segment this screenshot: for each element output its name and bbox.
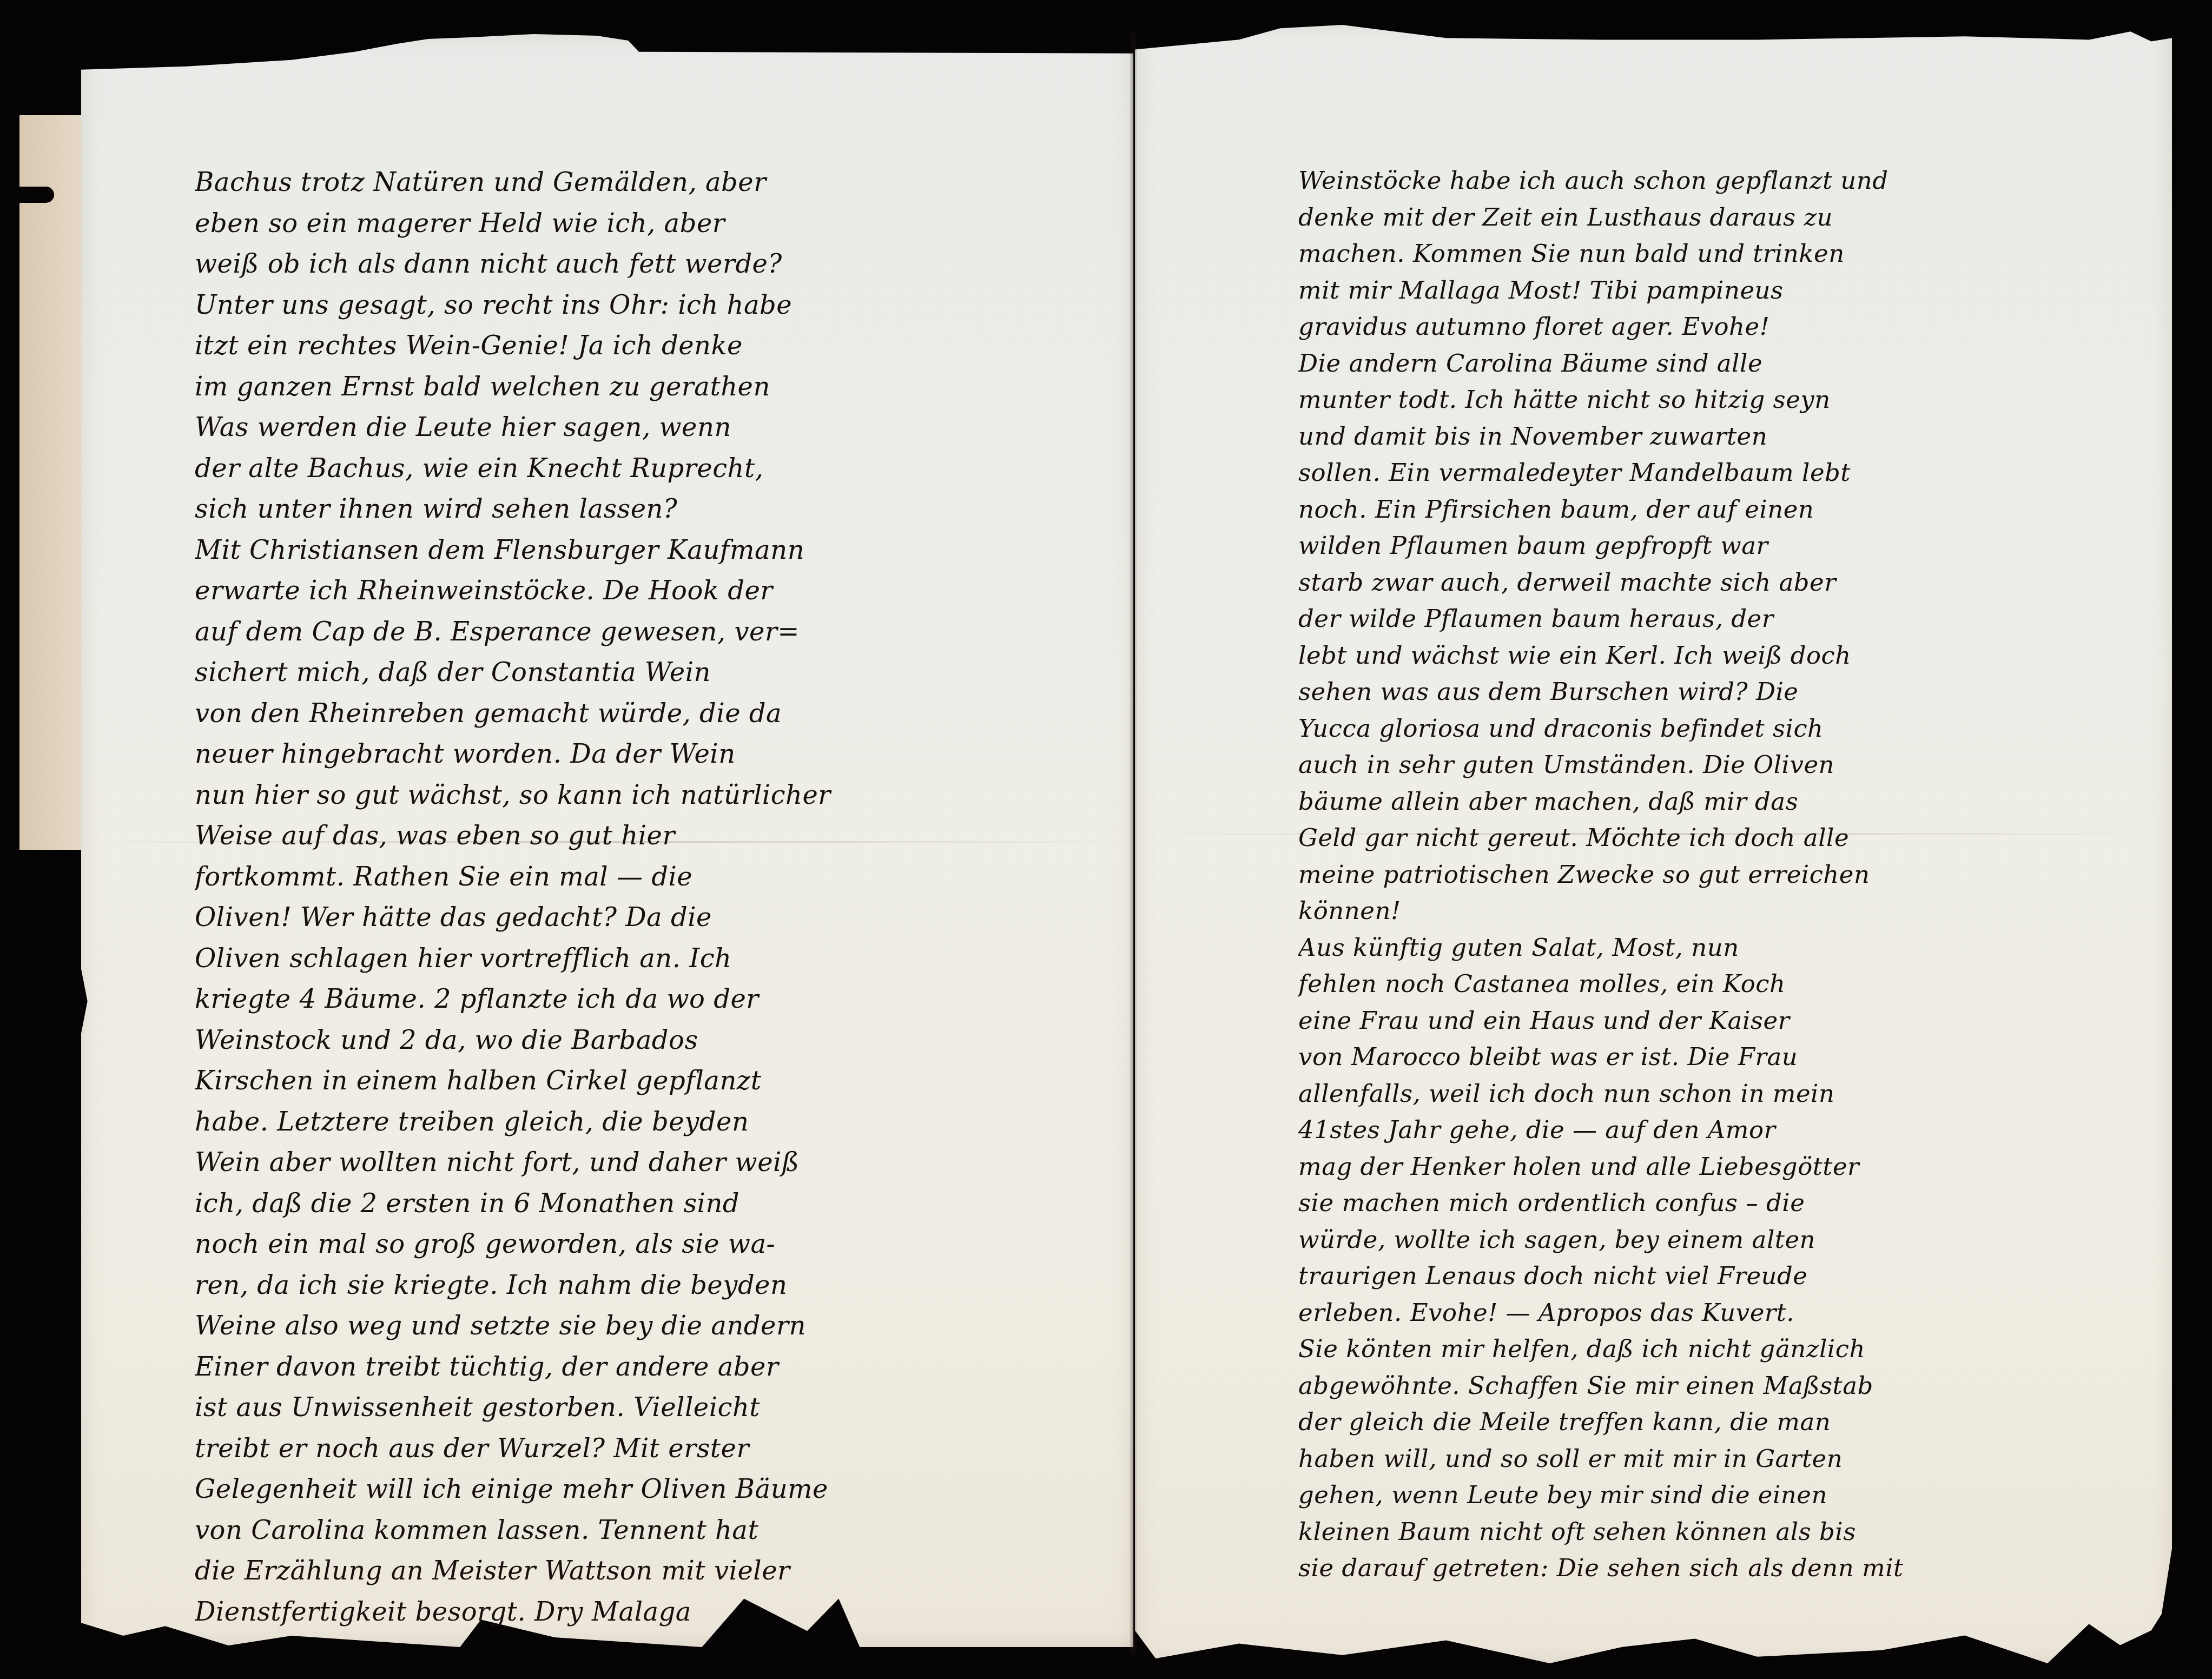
text-line: ren, da ich sie kriegte. Ich nahm die be… (195, 1265, 1109, 1306)
text-line: itzt ein rechtes Wein-Genie! Ja ich denk… (195, 326, 1109, 367)
text-line: Weise auf das, was eben so gut hier (195, 816, 1109, 857)
text-line: neuer hingebracht worden. Da der Wein (195, 734, 1109, 775)
text-line: Oliven! Wer hätte das gedacht? Da die (195, 897, 1109, 938)
text-line: Yucca gloriosa und draconis befindet sic… (1298, 710, 2191, 747)
text-line: fortkommt. Rathen Sie ein mal — die (195, 857, 1109, 898)
text-line: denke mit der Zeit ein Lusthaus daraus z… (1298, 199, 2191, 236)
text-line: kleinen Baum nicht oft sehen können als … (1298, 1513, 2191, 1550)
text-line: sollen. Ein vermaledeyter Mandelbaum leb… (1298, 454, 2191, 491)
text-line: lebt und wächst wie ein Kerl. Ich weiß d… (1298, 637, 2191, 674)
text-line: ist aus Unwissenheit gestorben. Vielleic… (195, 1387, 1109, 1429)
text-line: auf dem Cap de B. Esperance gewesen, ver… (195, 612, 1109, 653)
text-line: gehen, wenn Leute bey mir sind die einen (1298, 1477, 2191, 1513)
text-line: weiß ob ich als dann nicht auch fett wer… (195, 244, 1109, 285)
text-line: meine patriotischen Zwecke so gut erreic… (1298, 856, 2191, 893)
text-line: erleben. Evohe! — Apropos das Kuvert. (1298, 1294, 2191, 1331)
text-line: nun hier so gut wächst, so kann ich natü… (195, 775, 1109, 816)
text-line: Gelegenheit will ich einige mehr Oliven … (195, 1469, 1109, 1510)
text-line: ich, daß die 2 ersten in 6 Monathen sind (195, 1184, 1109, 1225)
text-line: und damit bis in November zuwarten (1298, 418, 2191, 455)
text-line: der gleich die Meile treffen kann, die m… (1298, 1404, 2191, 1440)
text-line: Dienstfertigkeit besorgt. Dry Malaga (195, 1592, 1109, 1633)
text-line: habe. Letztere treiben gleich, die beyde… (195, 1102, 1109, 1143)
text-line: machen. Kommen Sie nun bald und trinken (1298, 235, 2191, 272)
text-line: munter todt. Ich hätte nicht so hitzig s… (1298, 381, 2191, 418)
text-line: sie darauf getreten: Die sehen sich als … (1298, 1550, 2191, 1587)
text-line: der alte Bachus, wie ein Knecht Ruprecht… (195, 448, 1109, 490)
text-line: von Marocco bleibt was er ist. Die Frau (1298, 1039, 2191, 1075)
text-line: Was werden die Leute hier sagen, wenn (195, 407, 1109, 448)
text-line: die Erzählung an Meister Wattson mit vie… (195, 1551, 1109, 1592)
text-line: eben so ein magerer Held wie ich, aber (195, 203, 1109, 244)
text-line: mit mir Mallaga Most! Tibi pampineus (1298, 272, 2191, 309)
text-line: Wein aber wollten nicht fort, und daher … (195, 1142, 1109, 1184)
text-line: gravidus autumno floret ager. Evohe! (1298, 308, 2191, 345)
text-line: von Carolina kommen lassen. Tennent hat (195, 1510, 1109, 1551)
text-line: sich unter ihnen wird sehen lassen? (195, 489, 1109, 530)
text-line: sie machen mich ordentlich confus – die (1298, 1185, 2191, 1221)
text-line: sehen was aus dem Burschen wird? Die (1298, 673, 2191, 710)
text-line: auch in sehr guten Umständen. Die Oliven (1298, 746, 2191, 783)
text-line: bäume allein aber machen, daß mir das (1298, 783, 2191, 820)
text-line: Mit Christiansen dem Flensburger Kaufman… (195, 530, 1109, 571)
sheet-tear-notch (16, 187, 54, 203)
text-line: Sie könten mir helfen, daß ich nicht gän… (1298, 1331, 2191, 1367)
text-line: Geld gar nicht gereut. Möchte ich doch a… (1298, 819, 2191, 856)
center-fold (1130, 32, 1137, 1655)
text-line: haben will, und so soll er mit mir in Ga… (1298, 1440, 2191, 1477)
right-page-text: Weinstöcke habe ich auch schon gepflanzt… (1298, 162, 2191, 1587)
text-line: Aus künftig guten Salat, Most, nun (1298, 929, 2191, 966)
text-line: wilden Pflaumen baum gepfropft war (1298, 527, 2191, 564)
text-line: im ganzen Ernst bald welchen zu gerathen (195, 367, 1109, 408)
left-page-text: Bachus trotz Natüren und Gemälden, aber … (195, 162, 1109, 1632)
text-line: Kirschen in einem halben Cirkel gepflanz… (195, 1061, 1109, 1102)
text-line: fehlen noch Castanea molles, ein Koch (1298, 966, 2191, 1002)
text-line: würde, wollte ich sagen, bey einem alten (1298, 1221, 2191, 1258)
text-line: der wilde Pflaumen baum heraus, der (1298, 600, 2191, 637)
text-line: mag der Henker holen und alle Liebesgött… (1298, 1148, 2191, 1185)
text-line: Weinstock und 2 da, wo die Barbados (195, 1020, 1109, 1061)
text-line: 41stes Jahr gehe, die — auf den Amor (1298, 1112, 2191, 1148)
text-line: Einer davon treibt tüchtig, der andere a… (195, 1347, 1109, 1388)
text-line: abgewöhnte. Schaffen Sie mir einen Maßst… (1298, 1367, 2191, 1404)
text-line: treibt er noch aus der Wurzel? Mit erste… (195, 1429, 1109, 1470)
text-line: noch. Ein Pfirsichen baum, der auf einen (1298, 491, 2191, 528)
text-line: allenfalls, weil ich doch nun schon in m… (1298, 1075, 2191, 1112)
text-line: noch ein mal so groß geworden, als sie w… (195, 1224, 1109, 1265)
text-line: kriegte 4 Bäume. 2 pflanzte ich da wo de… (195, 979, 1109, 1020)
text-line: Weinstöcke habe ich auch schon gepflanzt… (1298, 162, 2191, 199)
text-line: Unter uns gesagt, so recht ins Ohr: ich … (195, 285, 1109, 326)
text-line: können! (1298, 893, 2191, 929)
text-line: starb zwar auch, derweil machte sich abe… (1298, 564, 2191, 601)
text-line: Bachus trotz Natüren und Gemälden, aber (195, 162, 1109, 203)
text-line: traurigen Lenaus doch nicht viel Freude (1298, 1258, 2191, 1294)
text-line: eine Frau und ein Haus und der Kaiser (1298, 1002, 2191, 1039)
text-line: Oliven schlagen hier vortrefflich an. Ic… (195, 938, 1109, 980)
text-line: sichert mich, daß der Constantia Wein (195, 652, 1109, 693)
text-line: von den Rheinreben gemacht würde, die da (195, 693, 1109, 735)
text-line: erwarte ich Rheinweinstöcke. De Hook der (195, 571, 1109, 612)
text-line: Die andern Carolina Bäume sind alle (1298, 345, 2191, 382)
text-line: Weine also weg und setzte sie bey die an… (195, 1306, 1109, 1347)
